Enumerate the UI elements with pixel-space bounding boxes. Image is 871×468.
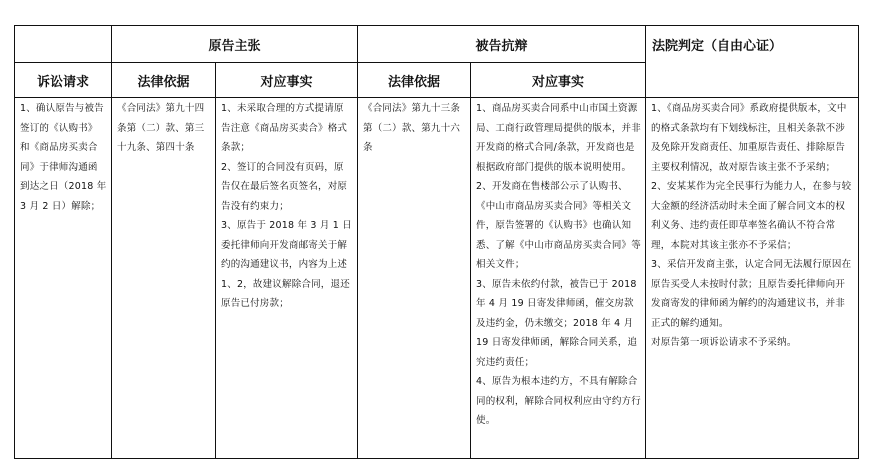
claims-text: 1、确认原告与被告签订的《认购书》和《商品房买卖合同》于律师沟通函到达之日（20… xyxy=(15,98,111,216)
plaintiff-facts-text: 1、未采取合理的方式提请原告注意《商品房买卖合》格式条款； 2、签订的合同没有页… xyxy=(216,98,357,314)
plaintiff-facts-cell: 1、未采取合理的方式提请原告注意《商品房买卖合》格式条款； 2、签订的合同没有页… xyxy=(216,98,358,459)
plaintiff-legal-basis-cell: 《合同法》第九十四条第（二）款、第三十九条、第四十条 xyxy=(112,98,216,459)
claims-column-header: 诉讼请求 xyxy=(15,63,112,98)
plaintiff-legal-basis-header: 法律依据 xyxy=(112,63,216,98)
empty-header-cell xyxy=(15,26,112,63)
court-judgment-header: 法院判定（自由心证） xyxy=(646,26,859,98)
defendant-facts-header: 对应事实 xyxy=(471,63,646,98)
court-judgment-cell: 1、《商品房买卖合同》系政府提供版本，文中的格式条款均有下划线标注，且相关条款不… xyxy=(646,98,859,459)
defendant-facts-cell: 1、商品房买卖合同系中山市国土资源局、工商行政管理局提供的版本，并非开发商的格式… xyxy=(471,98,646,459)
plaintiff-facts-header: 对应事实 xyxy=(216,63,358,98)
defendant-legal-basis-header: 法律依据 xyxy=(358,63,471,98)
table-row: 1、确认原告与被告签订的《认购书》和《商品房买卖合同》于律师沟通函到达之日（20… xyxy=(15,98,859,459)
defendant-legal-basis-cell: 《合同法》第九十三条第（二）款、第九十六条 xyxy=(358,98,471,459)
defendant-facts-text: 1、商品房买卖合同系中山市国土资源局、工商行政管理局提供的版本，并非开发商的格式… xyxy=(471,98,645,431)
defendant-defense-header: 被告抗辩 xyxy=(358,26,646,63)
claims-cell: 1、确认原告与被告签订的《认购书》和《商品房买卖合同》于律师沟通函到达之日（20… xyxy=(15,98,112,459)
court-judgment-text: 1、《商品房买卖合同》系政府提供版本，文中的格式条款均有下划线标注，且相关条款不… xyxy=(646,98,858,353)
plaintiff-legal-basis-text: 《合同法》第九十四条第（二）款、第三十九条、第四十条 xyxy=(112,98,215,158)
plaintiff-claims-header: 原告主张 xyxy=(112,26,358,63)
defendant-legal-basis-text: 《合同法》第九十三条第（二）款、第九十六条 xyxy=(358,98,470,158)
case-analysis-table: 原告主张 被告抗辩 法院判定（自由心证） 诉讼请求 法律依据 对应事实 法律依据… xyxy=(14,25,859,459)
